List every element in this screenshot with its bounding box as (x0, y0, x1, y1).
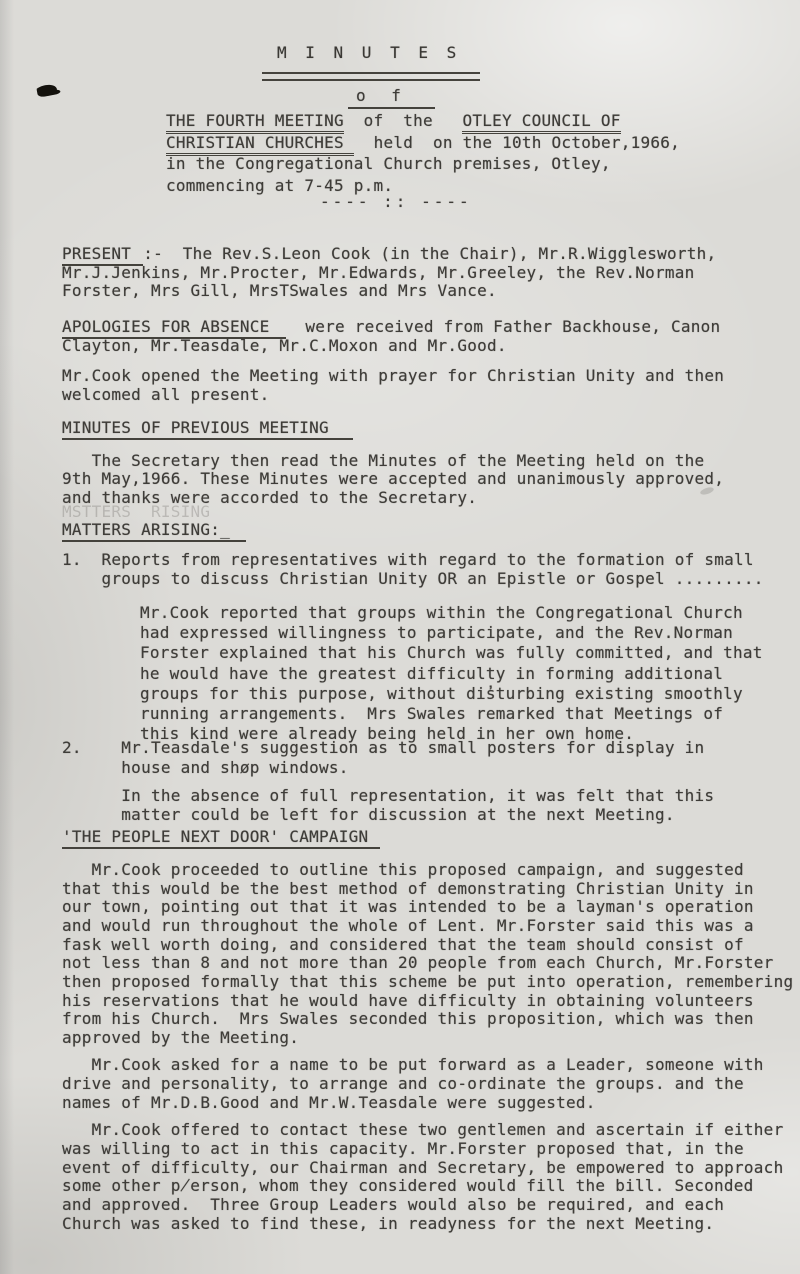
agenda-item-1: 1. Reports from representatives with reg… (62, 551, 764, 588)
header-line3: in the Congregational Church premises, O… (166, 154, 611, 173)
agenda-item-2-paragraph: In the absence of full representation, i… (62, 786, 714, 824)
churches-title: CHRISTIAN CHURCHES (166, 133, 354, 156)
header-block: THE FOURTH MEETING of the OTLEY COUNCIL … (166, 110, 680, 196)
campaign-paragraph: Mr.Cook proceeded to outline this propos… (62, 861, 793, 1048)
apologies-block: APOLOGIES FOR ABSENCE were received from… (62, 318, 720, 355)
agenda-item-1-paragraph: Mr.Cook reported that groups within the … (140, 603, 763, 744)
council-title: OTLEY COUNCIL OF (462, 111, 620, 134)
agenda-item-2: 2. Mr.Teasdale's suggestion as to small … (62, 738, 704, 778)
scanned-minutes-page: M I N U T E S o f THE FOURTH MEETING of … (0, 0, 800, 1274)
present-block: PRESENT:- The Rev.S.Leon Cook (in the Ch… (62, 245, 716, 301)
ink-blot (36, 83, 58, 97)
ghost-typo-line: MSTTERS RISING (62, 503, 210, 522)
leader-paragraph: Mr.Cook asked for a name to be put forwa… (62, 1055, 764, 1112)
contact-paragraph: Mr.Cook offered to contact these two gen… (62, 1121, 783, 1234)
secretary-paragraph: The Secretary then read the Minutes of t… (62, 452, 724, 507)
title-underline (262, 72, 480, 81)
matters-arising-heading: MATTERS ARISING:_ (62, 521, 246, 540)
opening-paragraph: Mr.Cook opened the Meeting with prayer f… (62, 367, 724, 404)
campaign-heading: 'THE PEOPLE NEXT DOOR' CAMPAIGN (62, 828, 380, 847)
section-divider: ---- :: ---- (320, 193, 472, 212)
of-label: o f (348, 87, 435, 106)
doc-title: M I N U T E S (277, 44, 461, 63)
previous-minutes-heading: MINUTES OF PREVIOUS MEETING (62, 419, 353, 438)
meeting-title: THE FOURTH MEETING (166, 111, 344, 134)
